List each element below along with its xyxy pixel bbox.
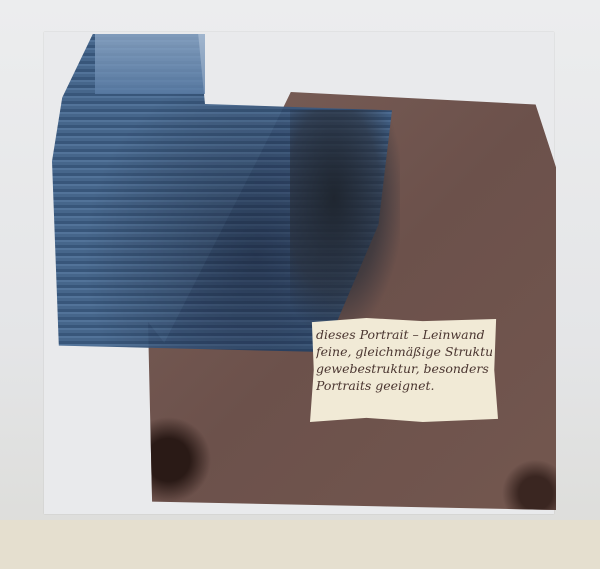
- light-blue-brushstroke: [95, 34, 205, 94]
- note-line-2: feine, gleichmäßige Struktur: [316, 343, 492, 360]
- dark-brushstroke: [290, 110, 400, 330]
- note-line-4: Portraits geeignet.: [316, 377, 492, 394]
- note-line-1: dieses Portrait – Leinwand: [316, 326, 492, 343]
- handwritten-note: dieses Portrait – Leinwand feine, gleich…: [310, 318, 498, 422]
- table-surface: [0, 520, 600, 569]
- note-line-3: gewebestruktur, besonders für: [316, 360, 492, 377]
